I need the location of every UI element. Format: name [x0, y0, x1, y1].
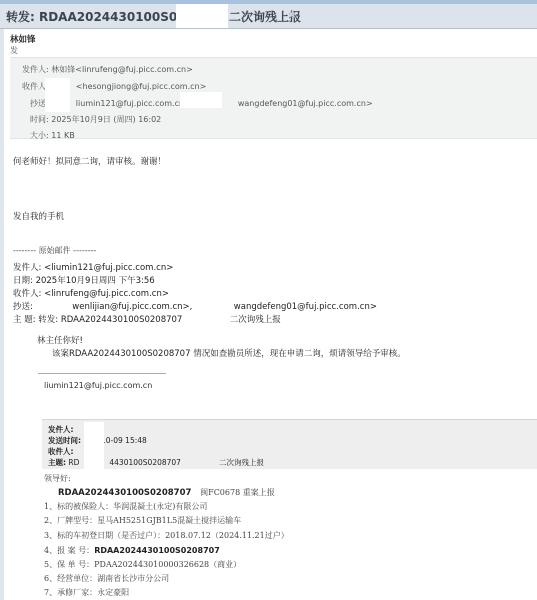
reply-message: 何老师好！拟同意二询，请审核。谢谢！	[13, 155, 166, 167]
meta-from-label: 发件人:	[22, 65, 49, 74]
original-subject-suffix: 二次询残上报	[230, 315, 281, 325]
sender-name[interactable]: 林如锋	[10, 33, 36, 45]
report-item-5: 5、保 单 号：PDAA202443010000326628（商业）	[44, 559, 241, 570]
sender-subtitle: 发	[10, 45, 18, 56]
meta-time-label: 时间:	[30, 115, 49, 124]
redacted-block	[45, 78, 70, 112]
report-greeting: 领导好:	[44, 473, 71, 484]
email-meta-panel: 发件人: 林如锋<linrufeng@fuj.picc.com.cn> 收件人:…	[10, 57, 537, 139]
redacted-block	[84, 422, 104, 469]
redacted-block	[176, 4, 228, 28]
original-cc-label: 抄送:	[13, 302, 33, 312]
original-message: 该案RDAA2024430100S0208707 情况如查勘员所述，现在申请二询…	[52, 347, 406, 359]
meta-time: 时间: 2025年10月9日 (周四) 16:02	[30, 114, 161, 125]
meta-size: 大小: 11 KB	[30, 130, 75, 141]
quoted-to: 收件人:	[48, 446, 74, 457]
report-item-3: 3、标的车初登日期（是否过户）：2018.07.12（2024.11.21过户）	[44, 530, 289, 541]
report-case-line: RDAA2024430100S0208707 闽FC0678 重案上报	[58, 487, 275, 498]
quoted-subject: 主题: RD4430100S0208707二次询残上报	[48, 457, 264, 468]
original-to: 收件人: <linrufeng@fuj.picc.com.cn>	[13, 287, 169, 299]
meta-size-label: 大小:	[30, 131, 49, 140]
left-border	[0, 29, 4, 600]
signature-divider	[38, 373, 166, 374]
report-item-4-value: RDAA2024430100S0208707	[94, 546, 220, 555]
original-mail-divider: -------- 原始邮件 --------	[13, 245, 96, 256]
original-from: 发件人: <liumin121@fuj.picc.com.cn>	[13, 261, 173, 273]
report-item-2: 2、厂牌型号：星马AH5251GJB1L5混凝土搅拌运输车	[44, 515, 241, 526]
meta-size-value: 11 KB	[51, 131, 74, 140]
report-item-6: 6、经营单位：湖南省长沙市分公司	[44, 573, 169, 584]
email-title-bar: 转发: RDAA2024430100S0208707 二次询残上报 ★	[0, 0, 537, 29]
original-cc-value-2: wangdefeng01@fuj.picc.com.cn>	[234, 302, 377, 312]
star-icon[interactable]: ★	[287, 7, 298, 21]
redacted-block	[180, 92, 222, 108]
original-subject: 主 题: 转发: RDAA2024430100S0208707 二次询残上报	[13, 313, 281, 325]
original-cc: 抄送: wenlijian@fuj.picc.com.cn>, wangdefe…	[13, 300, 377, 312]
reply-signature: 发自我的手机	[13, 210, 64, 222]
original-salutation: 林主任你好!	[37, 334, 83, 346]
report-case-number: RDAA2024430100S0208707	[58, 488, 191, 498]
quoted-header-panel: 发件人: 发送时间:10-09 15:48 收件人: 主题: RD4430100…	[42, 419, 537, 469]
meta-cc-value-1[interactable]: liumin121@fuj.picc.com.cn>	[76, 99, 191, 108]
meta-from: 发件人: 林如锋<linrufeng@fuj.picc.com.cn>	[22, 64, 193, 75]
meta-from-value[interactable]: 林如锋<linrufeng@fuj.picc.com.cn>	[51, 65, 193, 74]
report-item-7: 7、承修厂家：永定豪阳	[44, 587, 129, 598]
original-subject-value: 主 题: 转发: RDAA2024430100S0208707	[13, 315, 182, 325]
signature-email[interactable]: liumin121@fuj.picc.com.cn	[44, 381, 152, 390]
report-item-1: 1、标的被保险人：华润混凝土(永定)有限公司	[44, 501, 207, 512]
meta-time-value: 2025年10月9日 (周四) 16:02	[51, 115, 161, 124]
quoted-from: 发件人:	[48, 424, 74, 435]
meta-cc-value-2[interactable]: wangdefeng01@fuj.picc.com.cn>	[238, 99, 373, 108]
meta-to-value[interactable]: <hesongjiong@fuj.picc.com.cn>	[76, 82, 207, 91]
report-plate: 闽FC0678 重案上报	[200, 488, 275, 497]
report-item-4: 4、报 案 号：RDAA2024430100S0208707	[44, 545, 220, 556]
original-date: 日期: 2025年10月9日周四 下午3:56	[13, 274, 155, 286]
original-cc-value-1: wenlijian@fuj.picc.com.cn>,	[72, 302, 192, 312]
